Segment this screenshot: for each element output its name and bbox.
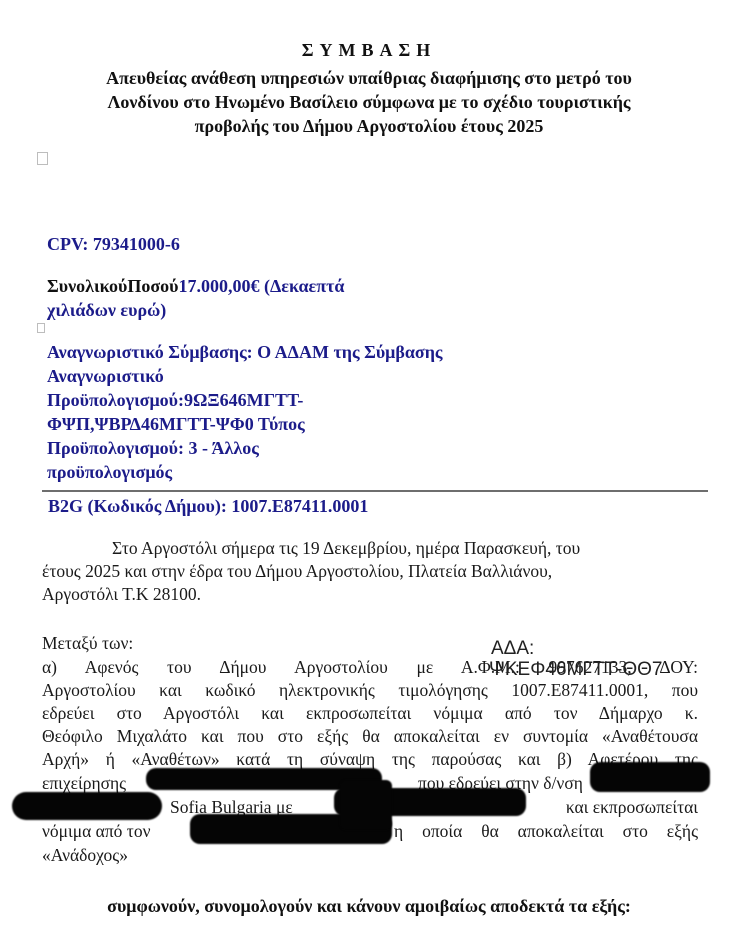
ada-stamp-label: ΑΔΑ: (491, 639, 534, 658)
subtitle-line: προβολής του Δήμου Αργοστολίου έτους 202… (60, 114, 678, 138)
redaction-mark (590, 762, 710, 792)
intro-line: Στο Αργοστόλι σήμερα τις 19 Δεκεμβρίου, … (42, 537, 692, 560)
identifier-line: Αναγνωριστικό Σύμβασης: Ο ΑΔΑΜ της Σύμβα… (47, 340, 567, 364)
redaction-mark (340, 780, 392, 830)
placeholder-box-icon (37, 323, 45, 333)
parties-line: εδρεύει στο Αργοστόλι και εκπροσωπείται … (42, 702, 698, 725)
redacted-line-text: η οποία θα αποκαλείται στο εξής (394, 820, 698, 843)
redacted-line-text: και εκπροσωπείται (540, 796, 698, 819)
document-subtitle: Απευθείας ανάθεση υπηρεσιών υπαίθριας δι… (60, 66, 678, 138)
parties-heading: Μεταξύ των: (42, 632, 133, 655)
identifier-line: Προϋπολογισμού: 3 - Άλλος (47, 436, 567, 460)
subtitle-line: Απευθείας ανάθεση υπηρεσιών υπαίθριας δι… (60, 66, 678, 90)
parties-line: Αργοστολίου και κωδικό ηλεκτρονικής τιμο… (42, 679, 698, 702)
intro-line: έτους 2025 και στην έδρα του Δήμου Αργοσ… (42, 560, 692, 583)
identifier-line: Προϋπολογισμού:9ΩΞ646ΜΓΤΤ- (47, 388, 567, 412)
closing-statement: συμφωνούν, συνομολογούν και κάνουν αμοιβ… (0, 896, 738, 917)
b2g-code: B2G (Κωδικός Δήμου): 1007.E87411.0001 (48, 494, 368, 518)
ada-stamp-code: ΨΚΕΦ46ΜΓΤΤ-ΘΘ7 (489, 660, 662, 679)
subtitle-line: Λονδίνου στο Ηνωμένο Βασίλειο σύμφωνα με… (60, 90, 678, 114)
document-title: ΣΥΜΒΑΣΗ (0, 40, 738, 61)
redaction-mark (12, 792, 162, 820)
parties-line: Θεόφιλο Μιχαλάτο και που στο εξής θα απο… (42, 725, 698, 748)
identifier-line: Αναγνωριστικό (47, 364, 567, 388)
intro-line: Αργοστόλι Τ.Κ 28100. (42, 583, 692, 606)
contractor-label: «Ανάδοχος» (42, 844, 128, 867)
placeholder-box-icon (37, 152, 48, 165)
total-amount: ΣυνολικούΠοσού17.000,00€ (Δεκαεπτά χιλιά… (47, 274, 427, 322)
intro-paragraph: Στο Αργοστόλι σήμερα τις 19 Δεκεμβρίου, … (42, 537, 692, 606)
identifiers-block: Αναγνωριστικό Σύμβασης: Ο ΑΔΑΜ της Σύμβα… (47, 340, 567, 484)
cpv-code: CPV: 79341000-6 (47, 232, 180, 256)
total-amount-label: ΣυνολικούΠοσού (47, 276, 179, 296)
redacted-line-text: νόμιμα από τον (42, 820, 151, 843)
identifier-line: προϋπολογισμός (47, 460, 567, 484)
identifier-line: ΦΨΠ,ΨΒΡΔ46ΜΓΤΤ-ΨΦ0 Τύπος (47, 412, 567, 436)
total-amount-value: 17.000,00€ (Δεκαεπτά (179, 276, 345, 296)
separator-rule (42, 490, 708, 492)
total-amount-words: χιλιάδων ευρώ) (47, 298, 427, 322)
